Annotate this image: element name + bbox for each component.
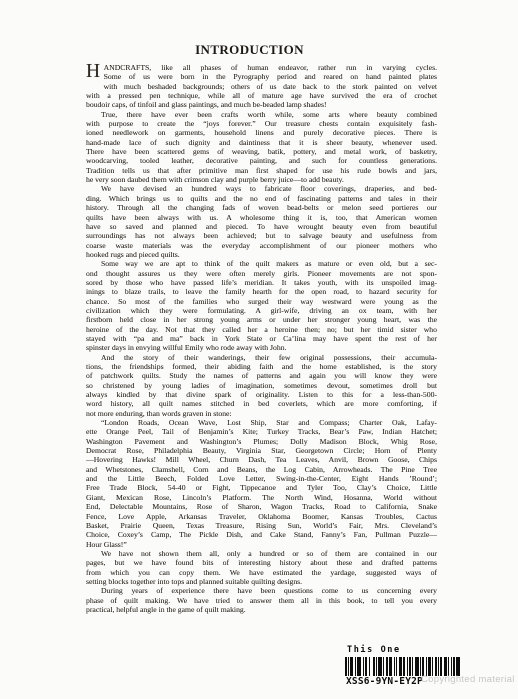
text-line: hand-made lace of such dignity and daint… (86, 138, 437, 147)
text-line: We have devised an hundred ways to fabri… (86, 184, 437, 193)
text-line: stayed with “pa and ma” back in York Sta… (86, 334, 437, 343)
text-line: We have not shown them all, only a hundr… (86, 549, 437, 558)
body-text: HANDCRAFTS, like all phases of human end… (86, 63, 437, 614)
text-line: heroine of the day. Not that they called… (86, 325, 437, 334)
barcode-bar (386, 657, 388, 676)
barcode-bar (415, 657, 419, 676)
text-line: Fence, Love Apple, Arkansas Traveler, Ok… (86, 512, 437, 521)
paragraph: We have not shown them all, only a hundr… (86, 549, 437, 586)
text-line: Some way we are apt to think of the quil… (86, 259, 437, 268)
paragraph: HANDCRAFTS, like all phases of human end… (86, 63, 437, 110)
text-line: have so saved and planned and pieced. To… (86, 222, 437, 231)
paragraph: True, there have ever been crafts worth … (86, 110, 437, 185)
barcode-code: XSS6-9YN-EY2P (346, 676, 423, 687)
text-line: Free Trade Block, 54-40 or Fight, Tippec… (86, 483, 437, 492)
text-line: always kindled by that divine spark of o… (86, 390, 437, 399)
text-line: so christened by young ladies of imagina… (86, 381, 437, 390)
text-line: with purpose to create the “joys forever… (86, 119, 437, 128)
text-line: setting blocks together into tops and pl… (86, 577, 437, 586)
text-line: And the story of their wanderings, their… (86, 353, 437, 362)
barcode-bar (383, 657, 384, 676)
copyright-watermark: Copyrighted material (421, 674, 515, 685)
text-line: ding. Which brings us to quilts and the … (86, 194, 437, 203)
barcode-bar (407, 657, 408, 676)
text-line: Tradition tells us that after primitive … (86, 166, 437, 175)
barcode-bar (389, 657, 392, 676)
barcode-bar (369, 657, 370, 676)
text-line: phase of quilt making. We have tried to … (86, 596, 437, 605)
barcode-bar (348, 657, 349, 676)
text-line: ioned needlework on garments, household … (86, 128, 437, 137)
scanned-book-page: { "colors": { "paper": "#fbfbf9", "ink":… (0, 0, 518, 699)
barcode-bar (350, 657, 353, 676)
text-line: tions, the friendships formed, their abi… (86, 362, 437, 371)
text-line: End, Delectable Mountains, Rose of Sharo… (86, 502, 437, 511)
text-line: woodcarving, tooled leather, decorative … (86, 156, 437, 165)
text-line: —Hovering Hawks! Mill Wheel, Churn Dash,… (86, 455, 437, 464)
barcode-bar (345, 657, 347, 676)
text-line: “London Roads, Ocean Wave, Lost Ship, St… (86, 418, 437, 427)
barcode-bar (396, 657, 397, 676)
barcode-bar (412, 657, 413, 676)
text-line: with a pressed pen technique, while all … (86, 91, 437, 100)
text-line: Basket, Prairie Queen, Texas Treasure, R… (86, 521, 437, 530)
text-line: inings to blaze trails, to leave the fam… (86, 287, 437, 296)
text-line: Some of us were born in the Pyrography p… (86, 72, 437, 81)
paragraph: “London Roads, Ocean Wave, Lost Ship, St… (86, 418, 437, 549)
barcode-bar (357, 657, 361, 676)
text-line: Washington Pavement and Washington’s Plu… (86, 437, 437, 446)
text-line: coarse waste materials was the everyday … (86, 241, 437, 250)
barcode-bar (363, 657, 364, 676)
paragraph: And the story of their wanderings, their… (86, 353, 437, 418)
paragraph: Some way we are apt to think of the quil… (86, 259, 437, 352)
text-line: boudoir caps, of tinfoil and glass paint… (86, 100, 437, 109)
text-line: from which you can copy them. We have es… (86, 568, 437, 577)
text-line: Democrat Rose, Philadelphia Beauty, Virg… (86, 446, 437, 455)
text-line: of patchwork quilts. Study the names of … (86, 371, 437, 380)
text-line: True, there have ever been crafts worth … (86, 110, 437, 119)
barcode-bar (355, 657, 356, 676)
text-line: ette Orange Peel, Tail of Benjamin’s Kit… (86, 427, 437, 436)
paragraph: During years of experience there have be… (86, 586, 437, 614)
this-one-label: This One (347, 645, 401, 655)
text-line: with much beshaded backgrounds; others o… (86, 82, 437, 91)
text-line: practical, helpful angle in the game of … (86, 605, 437, 614)
page-title: INTRODUCTION (86, 42, 413, 58)
text-line: history. Through all the changing fads o… (86, 203, 437, 212)
barcode-bar (378, 657, 382, 676)
text-line: spinster days in envying willful Emily w… (86, 343, 437, 352)
barcode-bar (376, 657, 377, 676)
text-line: quilts have been always with us. A whole… (86, 213, 437, 222)
text-line: sored by those who have passed life’s me… (86, 278, 437, 287)
barcode-bar (365, 657, 367, 676)
barcode-bar (373, 657, 375, 676)
text-line: not more enduring, than words graven in … (86, 409, 437, 418)
text-line: hooked rugs and pieced quilts. (86, 250, 437, 259)
text-line: Giant, Mexican Rose, Lincoln’s Platform.… (86, 493, 437, 502)
barcode-bar (409, 657, 411, 676)
text-line: civilization which they were formulating… (86, 306, 437, 315)
text-line: There have been scattered gems of weavin… (86, 147, 437, 156)
text-line: he very soon daubed them with crimson cl… (86, 175, 437, 184)
text-line: ANDCRAFTS, like all phases of human ende… (86, 63, 437, 72)
barcode-bar (394, 657, 395, 676)
dropcap-letter: H (86, 63, 100, 81)
text-line: Choice, Coxey’s Camp, The Pickle Dish, a… (86, 530, 437, 539)
text-line: and Whetstones, Clamshell, Corn and Bean… (86, 465, 437, 474)
book-page: INTRODUCTION HANDCRAFTS, like all phases… (0, 0, 518, 699)
text-line: ond thought assures us they were often m… (86, 269, 437, 278)
text-line: and the Little Beech, Folded Love Letter… (86, 474, 437, 483)
barcode-bar (403, 657, 405, 676)
paragraph: We have devised an hundred ways to fabri… (86, 184, 437, 259)
text-line: pages, but we have found bits of interes… (86, 558, 437, 567)
text-line: During years of experience there have be… (86, 586, 437, 595)
text-line: Hour Glass!” (86, 540, 437, 549)
text-line: surroundings has not always been achieve… (86, 231, 437, 240)
text-line: firstborn held close in her strong young… (86, 315, 437, 324)
text-line: chance. So most of the families who surg… (86, 297, 437, 306)
barcode-bar (399, 657, 402, 676)
text-line: word history, all quilt names stitched i… (86, 399, 437, 408)
